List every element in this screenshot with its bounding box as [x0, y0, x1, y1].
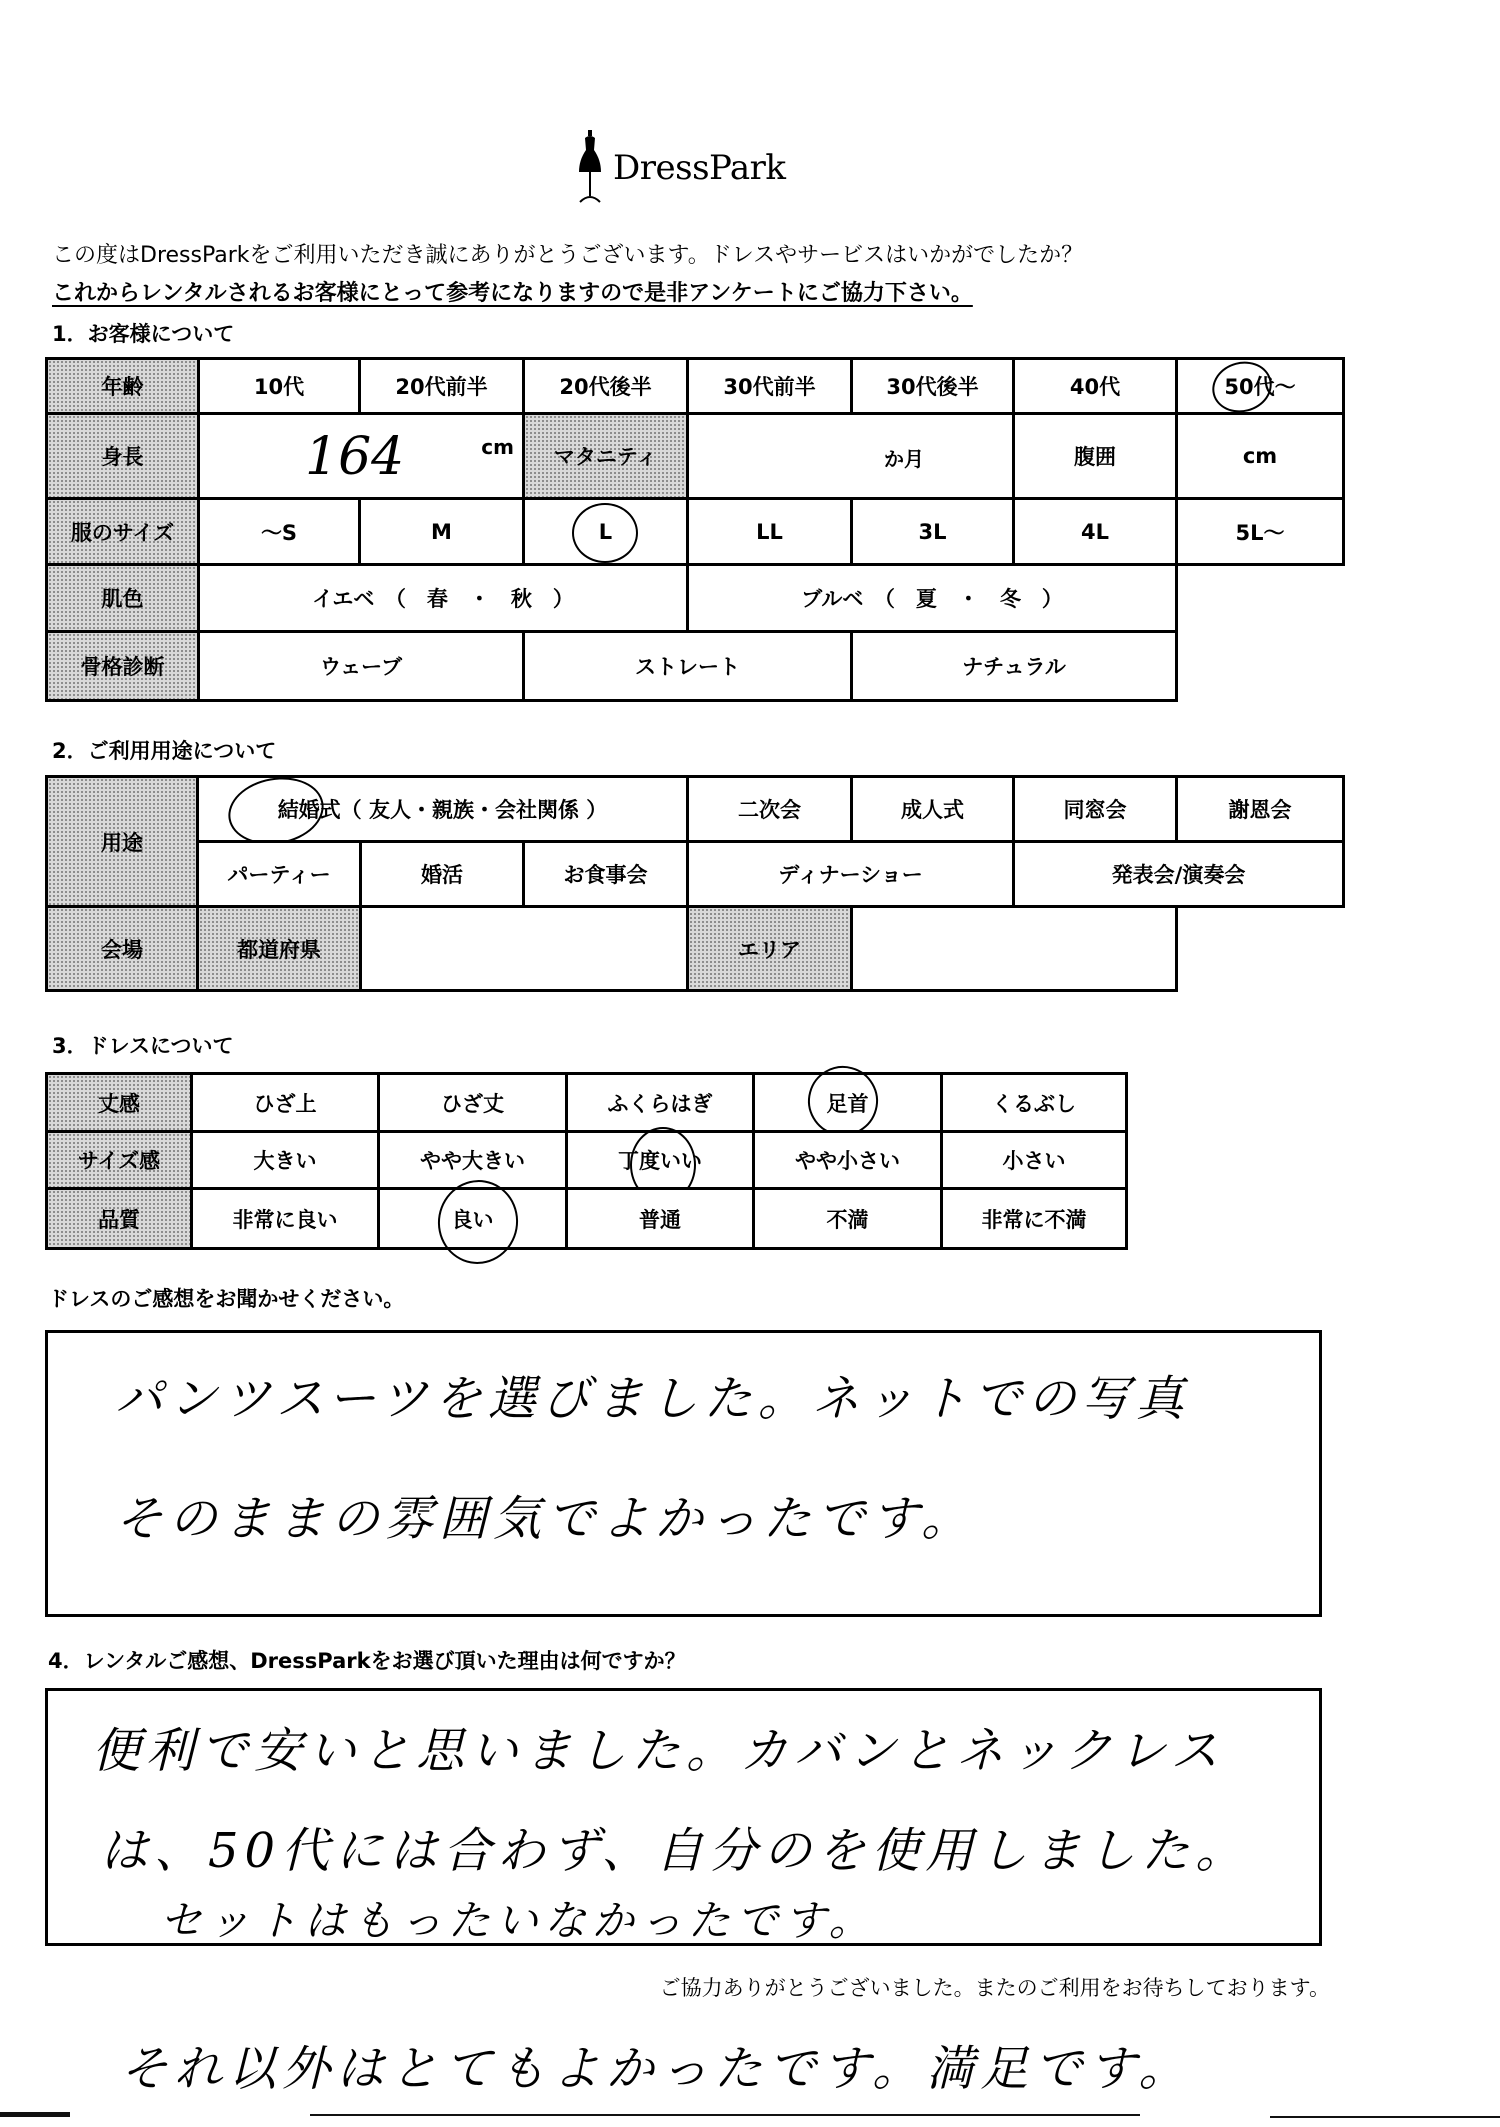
purpose-option[interactable]: 成人式 [850, 775, 1015, 843]
area-label: エリア [686, 905, 853, 992]
dress-comment-line: そのままの雰囲気でよかったです。 [115, 1480, 975, 1549]
section1-title: 1．お客様について [52, 318, 234, 348]
quality-option[interactable]: 不満 [752, 1187, 943, 1250]
purpose-label: 用途 [45, 775, 199, 908]
age-option[interactable]: 10代 [197, 357, 361, 415]
section2-title: 2．ご利用用途について [52, 735, 276, 765]
quality-option-selected[interactable]: 良い [377, 1187, 568, 1250]
maternity-unit: か月 [884, 443, 924, 472]
size-option[interactable]: 4L [1012, 497, 1178, 566]
age-option[interactable]: 40代 [1012, 357, 1178, 415]
purpose-option[interactable]: 同窓会 [1012, 775, 1178, 843]
age-option[interactable]: 20代前半 [358, 357, 525, 415]
maternity-label: マタニティ [522, 412, 689, 500]
purpose-option[interactable]: お食事会 [522, 840, 689, 908]
fit-option[interactable]: 小さい [940, 1130, 1128, 1190]
section4-title: 4．レンタルご感想、DressParkをお選び頂いた理由は何ですか？ [48, 1645, 686, 1675]
waist-unit: cm [1243, 444, 1277, 468]
body-type-option[interactable]: ウェーブ [197, 630, 525, 702]
purpose-wedding[interactable]: 結婚式（ 友人・親族・会社関係 ） [196, 775, 689, 843]
purpose-option[interactable]: 発表会/演奏会 [1012, 840, 1345, 908]
size-option[interactable]: LL [686, 497, 853, 566]
size-option[interactable]: 5L〜 [1175, 497, 1345, 566]
size-option-selected[interactable]: L [522, 497, 689, 566]
logo: DressPark [575, 130, 786, 205]
skin-label: 肌色 [45, 563, 200, 633]
prefecture-label: 都道府県 [196, 905, 362, 992]
height-label: 身長 [45, 412, 200, 500]
age-option[interactable]: 30代前半 [686, 357, 853, 415]
waist-label: 腹囲 [1012, 412, 1178, 500]
dress-form-icon [575, 130, 605, 205]
scan-artifact [0, 2112, 70, 2117]
age-option[interactable]: 30代後半 [850, 357, 1015, 415]
purpose-option[interactable]: 婚活 [359, 840, 525, 908]
size-label: 服のサイズ [45, 497, 200, 566]
area-field[interactable] [850, 905, 1178, 992]
height-field[interactable]: 164 cm [197, 412, 525, 500]
venue-label: 会場 [45, 905, 199, 992]
quality-option[interactable]: 非常に不満 [940, 1187, 1128, 1250]
purpose-option[interactable]: 謝恩会 [1175, 775, 1345, 843]
size-option[interactable]: M [358, 497, 525, 566]
age-option-selected[interactable]: 50代〜 [1175, 357, 1345, 415]
height-unit: cm [481, 435, 514, 459]
waist-field[interactable]: cm [1175, 412, 1345, 500]
rental-comment-line: セットはもったいなかったです。 [160, 1888, 877, 1948]
rental-comment-line: 便利で安いと思いました。カバンとネックレス [92, 1712, 1225, 1781]
age-option[interactable]: 20代後半 [522, 357, 689, 415]
purpose-option[interactable]: ディナーショー [686, 840, 1015, 908]
length-option-selected[interactable]: 足首 [752, 1072, 943, 1133]
fit-option[interactable]: やや大きい [377, 1130, 568, 1190]
scan-artifact [310, 2114, 1140, 2116]
size-option[interactable]: 〜S [197, 497, 361, 566]
skin-option-blue[interactable]: ブルベ （ 夏 ・ 冬 ） [686, 563, 1178, 633]
fit-option[interactable]: 大きい [190, 1130, 380, 1190]
quality-option[interactable]: 普通 [565, 1187, 755, 1250]
extra-comment: それ以外はとてもよかったです。満足です。 [120, 2030, 1192, 2099]
intro-text: この度はDressParkをご利用いただき誠にありがとうございます。ドレスやサー… [52, 238, 1083, 269]
section3-title: 3．ドレスについて [52, 1030, 234, 1060]
length-option[interactable]: ふくらはぎ [565, 1072, 755, 1133]
maternity-field[interactable]: か月 [686, 412, 1015, 500]
fit-option[interactable]: やや小さい [752, 1130, 943, 1190]
body-type-option[interactable]: ナチュラル [850, 630, 1178, 702]
fit-label: サイズ感 [45, 1130, 193, 1190]
dress-comment-line: パンツスーツを選びました。ネットでの写真 [115, 1360, 1190, 1429]
length-label: 丈感 [45, 1072, 193, 1133]
fit-option-selected[interactable]: 丁度いい [565, 1130, 755, 1190]
prefecture-field[interactable] [359, 905, 689, 992]
scan-artifact [1270, 2116, 1500, 2118]
purpose-option[interactable]: 二次会 [686, 775, 853, 843]
quality-option[interactable]: 非常に良い [190, 1187, 380, 1250]
intro-request-text: これからレンタルされるお客様にとって参考になりますので是非アンケートにご協力下さ… [52, 276, 973, 307]
skin-option-yellow[interactable]: イエベ （ 春 ・ 秋 ） [197, 563, 689, 633]
height-value: 164 [305, 427, 404, 487]
body-type-option[interactable]: ストレート [522, 630, 853, 702]
thanks-message: ご協力ありがとうございました。またのご利用をお待ちしております。 [660, 1972, 1330, 2002]
rental-comment-line: は、50代には合わず、自分のを使用しました。 [100, 1812, 1249, 1881]
purpose-option[interactable]: パーティー [196, 840, 362, 908]
age-label: 年齢 [45, 357, 200, 415]
size-option[interactable]: 3L [850, 497, 1015, 566]
logo-text: DressPark [613, 148, 786, 188]
length-option[interactable]: ひざ上 [190, 1072, 380, 1133]
body-type-label: 骨格診断 [45, 630, 200, 702]
length-option[interactable]: ひざ丈 [377, 1072, 568, 1133]
dress-comment-prompt: ドレスのご感想をお聞かせください。 [48, 1283, 404, 1313]
length-option[interactable]: くるぶし [940, 1072, 1128, 1133]
quality-label: 品質 [45, 1187, 193, 1250]
